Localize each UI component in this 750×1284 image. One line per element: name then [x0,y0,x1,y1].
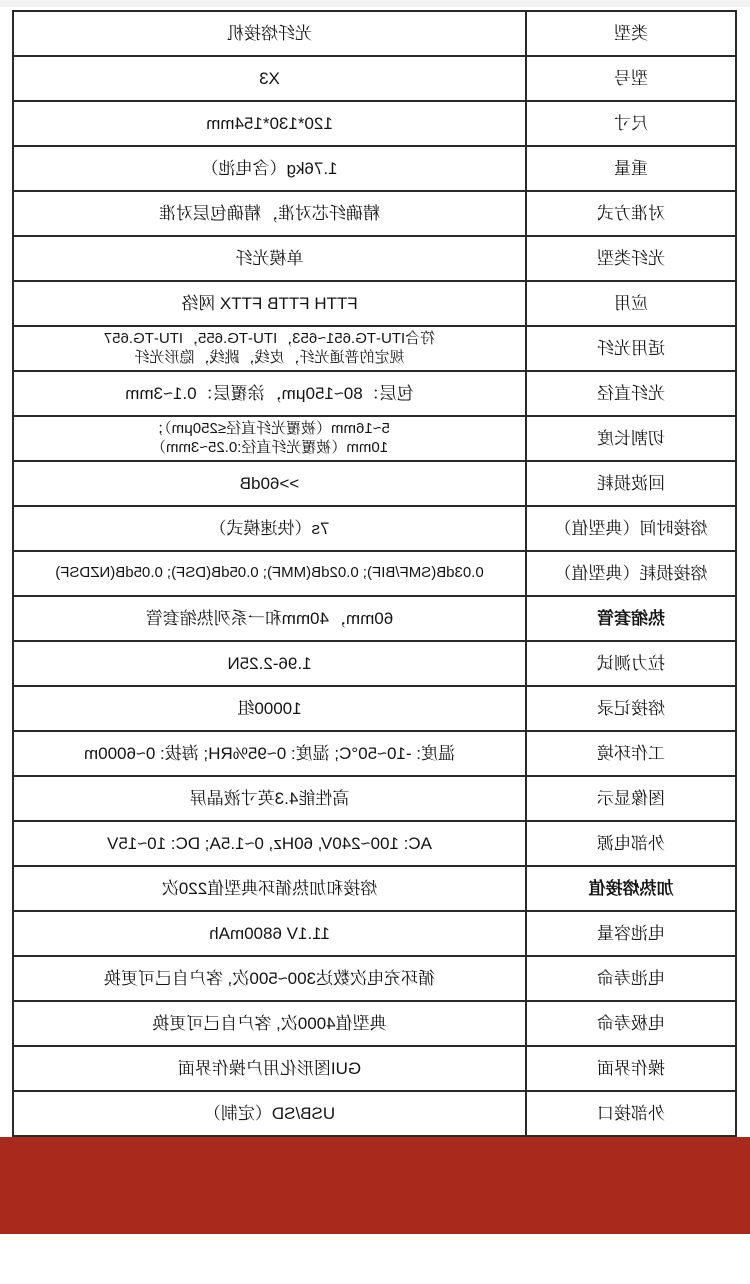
spec-value: 60mm，40mm和一系列热缩套管 [13,596,526,641]
spec-value: 温度: -10~50°C; 湿度: 0~95%RH; 海拔: 0~6000m [13,731,526,776]
spec-row: 回波损耗 >>60dB [13,461,736,506]
spec-value: AC: 100~240V, 60Hz, 0~1.5A; DC: 10~15V [13,821,526,866]
spec-row: 拉力测试 1.96-2.25N [13,641,736,686]
spec-value: 精确纤芯对准，精确包层对准 [13,191,526,236]
spec-value: >>60dB [13,461,526,506]
spec-value: USB/SD（定制） [13,1091,526,1136]
spec-label: 图像显示 [526,776,736,821]
spec-label: 对准方式 [526,191,736,236]
spec-row: 熔接记录 10000组 [13,686,736,731]
spec-row: 外部电源 AC: 100~240V, 60Hz, 0~1.5A; DC: 10~… [13,821,736,866]
spec-row: 重量 1.76kg（含电池） [13,146,736,191]
spec-value: 7s（快速模式） [13,506,526,551]
spec-value: 熔接和加热循环典型值220次 [13,866,526,911]
spec-label: 工作环境 [526,731,736,776]
spec-label: 回波损耗 [526,461,736,506]
spec-row: 类型 光纤熔接机 [13,11,736,56]
spec-value: 单模光纤 [13,236,526,281]
spec-row: 电池寿命 循环充电次数达300~500次, 客户自己可更换 [13,956,736,1001]
spec-value: 循环充电次数达300~500次, 客户自己可更换 [13,956,526,1001]
spec-row: 尺寸 120*130*154mm [13,101,736,146]
spec-label: 型号 [526,56,736,101]
spec-value: 典型值4000次, 客户自己可更换 [13,1001,526,1046]
spec-label: 光纤类型 [526,236,736,281]
spec-label: 加热熔接值 [526,866,736,911]
footer-red-band [0,1137,750,1234]
spec-sheet-mirrored: 类型 光纤熔接机 型号 X3 尺寸 120*130*154mm 重量 1.76k… [14,10,737,1137]
spec-label: 尺寸 [526,101,736,146]
spec-value: 高性能4.3英寸液晶屏 [13,776,526,821]
spec-label: 外部接口 [526,1091,736,1136]
spec-value: FTTH FTTB FTTX 网络 [13,281,526,326]
spec-row: 电池容量 11.1V 6800mAh [13,911,736,956]
spec-row: 熔接损耗（典型值） 0.03dB(SMF/BIF); 0.02dB(MMF); … [13,551,736,596]
spec-value: GUI图形化用户操作界面 [13,1046,526,1091]
spec-label: 应用 [526,281,736,326]
spec-row: 外部接口 USB/SD（定制） [13,1091,736,1136]
spec-label: 适用光纤 [526,326,736,371]
spec-label: 电池寿命 [526,956,736,1001]
spec-row: 熔接时间（典型值） 7s（快速模式） [13,506,736,551]
spec-row: 切割长度 5~16mm（被覆光纤直径≤250μm）； 10mm（被覆光纤直径:0… [13,416,736,461]
spec-label: 电池容量 [526,911,736,956]
spec-row: 对准方式 精确纤芯对准，精确包层对准 [13,191,736,236]
spec-value: 1.76kg（含电池） [13,146,526,191]
spec-row: 操作界面 GUI图形化用户操作界面 [13,1046,736,1091]
spec-label: 光纤直径 [526,371,736,416]
spec-label: 熔接记录 [526,686,736,731]
spec-label: 熔接损耗（典型值） [526,551,736,596]
spec-row: 适用光纤 符合ITU-TG.651~653，ITU-TG.655，ITU-TG.… [13,326,736,371]
spec-row: 电极寿命 典型值4000次, 客户自己可更换 [13,1001,736,1046]
spec-row: 光纤直径 包层：80~150μm，涂覆层：0.1~3mm [13,371,736,416]
spec-value: 5~16mm（被覆光纤直径≤250μm）； 10mm（被覆光纤直径:0.25~3… [13,416,526,461]
spec-label: 熔接时间（典型值） [526,506,736,551]
spec-value: 包层：80~150μm，涂覆层：0.1~3mm [13,371,526,416]
spec-row: 光纤类型 单模光纤 [13,236,736,281]
spec-value: 0.03dB(SMF/BIF); 0.02dB(MMF); 0.05dB(DSF… [13,551,526,596]
spec-label: 拉力测试 [526,641,736,686]
spec-label: 类型 [526,11,736,56]
spec-label: 热缩套管 [526,596,736,641]
spec-value: 1.96-2.25N [13,641,526,686]
spec-row: 工作环境 温度: -10~50°C; 湿度: 0~95%RH; 海拔: 0~60… [13,731,736,776]
spec-row: 型号 X3 [13,56,736,101]
spec-value: 11.1V 6800mAh [13,911,526,956]
spec-label: 电极寿命 [526,1001,736,1046]
spec-table: 类型 光纤熔接机 型号 X3 尺寸 120*130*154mm 重量 1.76k… [12,10,737,1137]
spec-row: 热缩套管 60mm，40mm和一系列热缩套管 [13,596,736,641]
spec-row: 应用 FTTH FTTB FTTX 网络 [13,281,736,326]
spec-label: 外部电源 [526,821,736,866]
spec-value: X3 [13,56,526,101]
spec-label: 操作界面 [526,1046,736,1091]
spec-label: 重量 [526,146,736,191]
spec-value: 光纤熔接机 [13,11,526,56]
spec-label: 切割长度 [526,416,736,461]
spec-row: 加热熔接值 熔接和加热循环典型值220次 [13,866,736,911]
spec-value: 120*130*154mm [13,101,526,146]
top-strip [0,0,750,7]
spec-value: 10000组 [13,686,526,731]
spec-row: 图像显示 高性能4.3英寸液晶屏 [13,776,736,821]
spec-value: 符合ITU-TG.651~653，ITU-TG.655，ITU-TG.657 规… [13,326,526,371]
